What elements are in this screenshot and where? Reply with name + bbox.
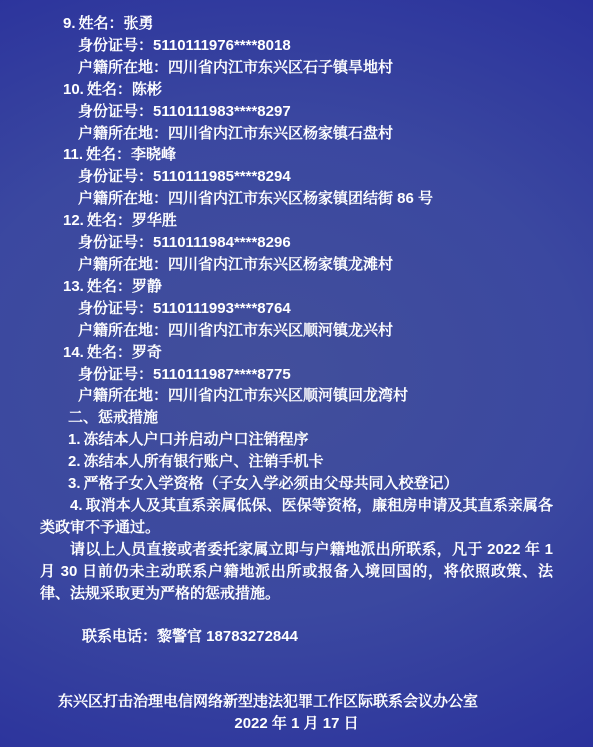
name-label: 姓名： — [87, 344, 132, 361]
person-entry: 14.姓名：罗奇 身份证号：5110111987****8775 户籍所在地：四… — [40, 342, 553, 408]
person-id-line: 身份证号：5110111983****8297 — [78, 101, 553, 123]
person-id: 5110111987****8775 — [153, 366, 291, 383]
id-label: 身份证号： — [78, 168, 153, 185]
person-number: 13. — [63, 278, 84, 295]
person-id-line: 身份证号：5110111987****8775 — [78, 364, 553, 386]
person-name-line: 9.姓名：张勇 — [63, 13, 553, 35]
person-number: 10. — [63, 81, 84, 98]
footer: 东兴区打击治理电信网络新型违法犯罪工作区际联系会议办公室 2022 年 1 月 … — [40, 691, 553, 735]
id-label: 身份证号： — [78, 300, 153, 317]
person-entry: 13.姓名：罗静 身份证号：5110111993****8764 户籍所在地：四… — [40, 276, 553, 342]
residence-label: 户籍所在地： — [78, 387, 168, 404]
person-number: 9. — [63, 15, 76, 32]
name-label: 姓名： — [86, 146, 131, 163]
person-residence-line: 户籍所在地：四川省内江市东兴区顺河镇龙兴村 — [78, 320, 553, 342]
residence-label: 户籍所在地： — [78, 322, 168, 339]
name-label: 姓名： — [79, 15, 124, 32]
measure-item: 1.冻结本人户口并启动户口注销程序 — [68, 429, 553, 451]
name-label: 姓名： — [87, 278, 132, 295]
measure-number: 1. — [68, 431, 81, 448]
person-name: 罗华胜 — [132, 212, 177, 229]
person-name-line: 14.姓名：罗奇 — [63, 342, 553, 364]
name-label: 姓名： — [87, 212, 132, 229]
person-residence-line: 户籍所在地：四川省内江市东兴区杨家镇团结街 86 号 — [78, 188, 553, 210]
person-name-line: 11.姓名：李晓峰 — [63, 144, 553, 166]
notice-paragraph: 请以上人员直接或者委托家属立即与户籍地派出所联系，凡于 2022 年 1 月 3… — [40, 539, 553, 605]
person-name: 罗奇 — [132, 344, 162, 361]
name-label: 姓名： — [87, 81, 132, 98]
measure-number: 2. — [68, 453, 81, 470]
person-name: 陈彬 — [132, 81, 162, 98]
person-name: 张勇 — [124, 15, 154, 32]
person-residence: 四川省内江市东兴区杨家镇龙滩村 — [168, 256, 393, 273]
person-id: 5110111984****8296 — [153, 234, 291, 251]
footer-office: 东兴区打击治理电信网络新型违法犯罪工作区际联系会议办公室 — [58, 691, 553, 713]
person-id-line: 身份证号：5110111985****8294 — [78, 166, 553, 188]
person-id: 5110111976****8018 — [153, 37, 291, 54]
person-residence: 四川省内江市东兴区杨家镇石盘村 — [168, 125, 393, 142]
person-id: 5110111983****8297 — [153, 103, 291, 120]
person-name: 李晓峰 — [131, 146, 176, 163]
person-id: 5110111985****8294 — [153, 168, 291, 185]
person-name-line: 12.姓名：罗华胜 — [63, 210, 553, 232]
person-number: 12. — [63, 212, 84, 229]
person-residence-line: 户籍所在地：四川省内江市东兴区顺河镇回龙湾村 — [78, 385, 553, 407]
person-residence: 四川省内江市东兴区石子镇旱地村 — [168, 59, 393, 76]
footer-date: 2022 年 1 月 17 日 — [40, 713, 553, 735]
measure-item: 3.严格子女入学资格（子女入学必须由父母共同入校登记） — [68, 473, 553, 495]
person-id-line: 身份证号：5110111984****8296 — [78, 232, 553, 254]
person-id-line: 身份证号：5110111976****8018 — [78, 35, 553, 57]
measure-text: 冻结本人户口并启动户口注销程序 — [84, 431, 309, 448]
id-label: 身份证号： — [78, 234, 153, 251]
measures-heading: 二、惩戒措施 — [68, 407, 553, 429]
person-residence: 四川省内江市东兴区顺河镇龙兴村 — [168, 322, 393, 339]
person-entry: 10.姓名：陈彬 身份证号：5110111983****8297 户籍所在地：四… — [40, 79, 553, 145]
person-residence-line: 户籍所在地：四川省内江市东兴区杨家镇石盘村 — [78, 123, 553, 145]
contact-phone: 黎警官 18783272844 — [157, 628, 298, 645]
id-label: 身份证号： — [78, 37, 153, 54]
person-entry: 9.姓名：张勇 身份证号：5110111976****8018 户籍所在地：四川… — [40, 13, 553, 79]
measure-number: 4. — [70, 497, 83, 514]
person-name-line: 10.姓名：陈彬 — [63, 79, 553, 101]
person-residence-line: 户籍所在地：四川省内江市东兴区杨家镇龙滩村 — [78, 254, 553, 276]
measure-item: 2.冻结本人所有银行账户、注销手机卡 — [68, 451, 553, 473]
measure-item: 4.取消本人及其直系亲属低保、医保等资格，廉租房申请及其直系亲属各类政审不予通过… — [40, 495, 553, 539]
measure-number: 3. — [68, 475, 81, 492]
person-name: 罗静 — [132, 278, 162, 295]
residence-label: 户籍所在地： — [78, 125, 168, 142]
notice-document: 9.姓名：张勇 身份证号：5110111976****8018 户籍所在地：四川… — [0, 0, 593, 747]
person-name-line: 13.姓名：罗静 — [63, 276, 553, 298]
person-residence: 四川省内江市东兴区杨家镇团结街 86 号 — [168, 190, 433, 207]
contact-label: 联系电话： — [82, 628, 157, 645]
person-number: 11. — [63, 146, 83, 163]
person-residence: 四川省内江市东兴区顺河镇回龙湾村 — [168, 387, 408, 404]
measure-text: 冻结本人所有银行账户、注销手机卡 — [84, 453, 324, 470]
residence-label: 户籍所在地： — [78, 190, 168, 207]
id-label: 身份证号： — [78, 103, 153, 120]
measures-section: 二、惩戒措施 1.冻结本人户口并启动户口注销程序 2.冻结本人所有银行账户、注销… — [40, 407, 553, 538]
person-entry: 12.姓名：罗华胜 身份证号：5110111984****8296 户籍所在地：… — [40, 210, 553, 276]
person-number: 14. — [63, 344, 84, 361]
person-entry: 11.姓名：李晓峰 身份证号：5110111985****8294 户籍所在地：… — [40, 144, 553, 210]
person-list: 9.姓名：张勇 身份证号：5110111976****8018 户籍所在地：四川… — [40, 13, 553, 407]
contact-line: 联系电话：黎警官 18783272844 — [82, 626, 553, 648]
residence-label: 户籍所在地： — [78, 59, 168, 76]
id-label: 身份证号： — [78, 366, 153, 383]
residence-label: 户籍所在地： — [78, 256, 168, 273]
measure-text: 严格子女入学资格（子女入学必须由父母共同入校登记） — [84, 475, 459, 492]
measure-text: 取消本人及其直系亲属低保、医保等资格，廉租房申请及其直系亲属各类政审不予通过。 — [40, 497, 553, 536]
person-id: 5110111993****8764 — [153, 300, 291, 317]
person-id-line: 身份证号：5110111993****8764 — [78, 298, 553, 320]
person-residence-line: 户籍所在地：四川省内江市东兴区石子镇旱地村 — [78, 57, 553, 79]
